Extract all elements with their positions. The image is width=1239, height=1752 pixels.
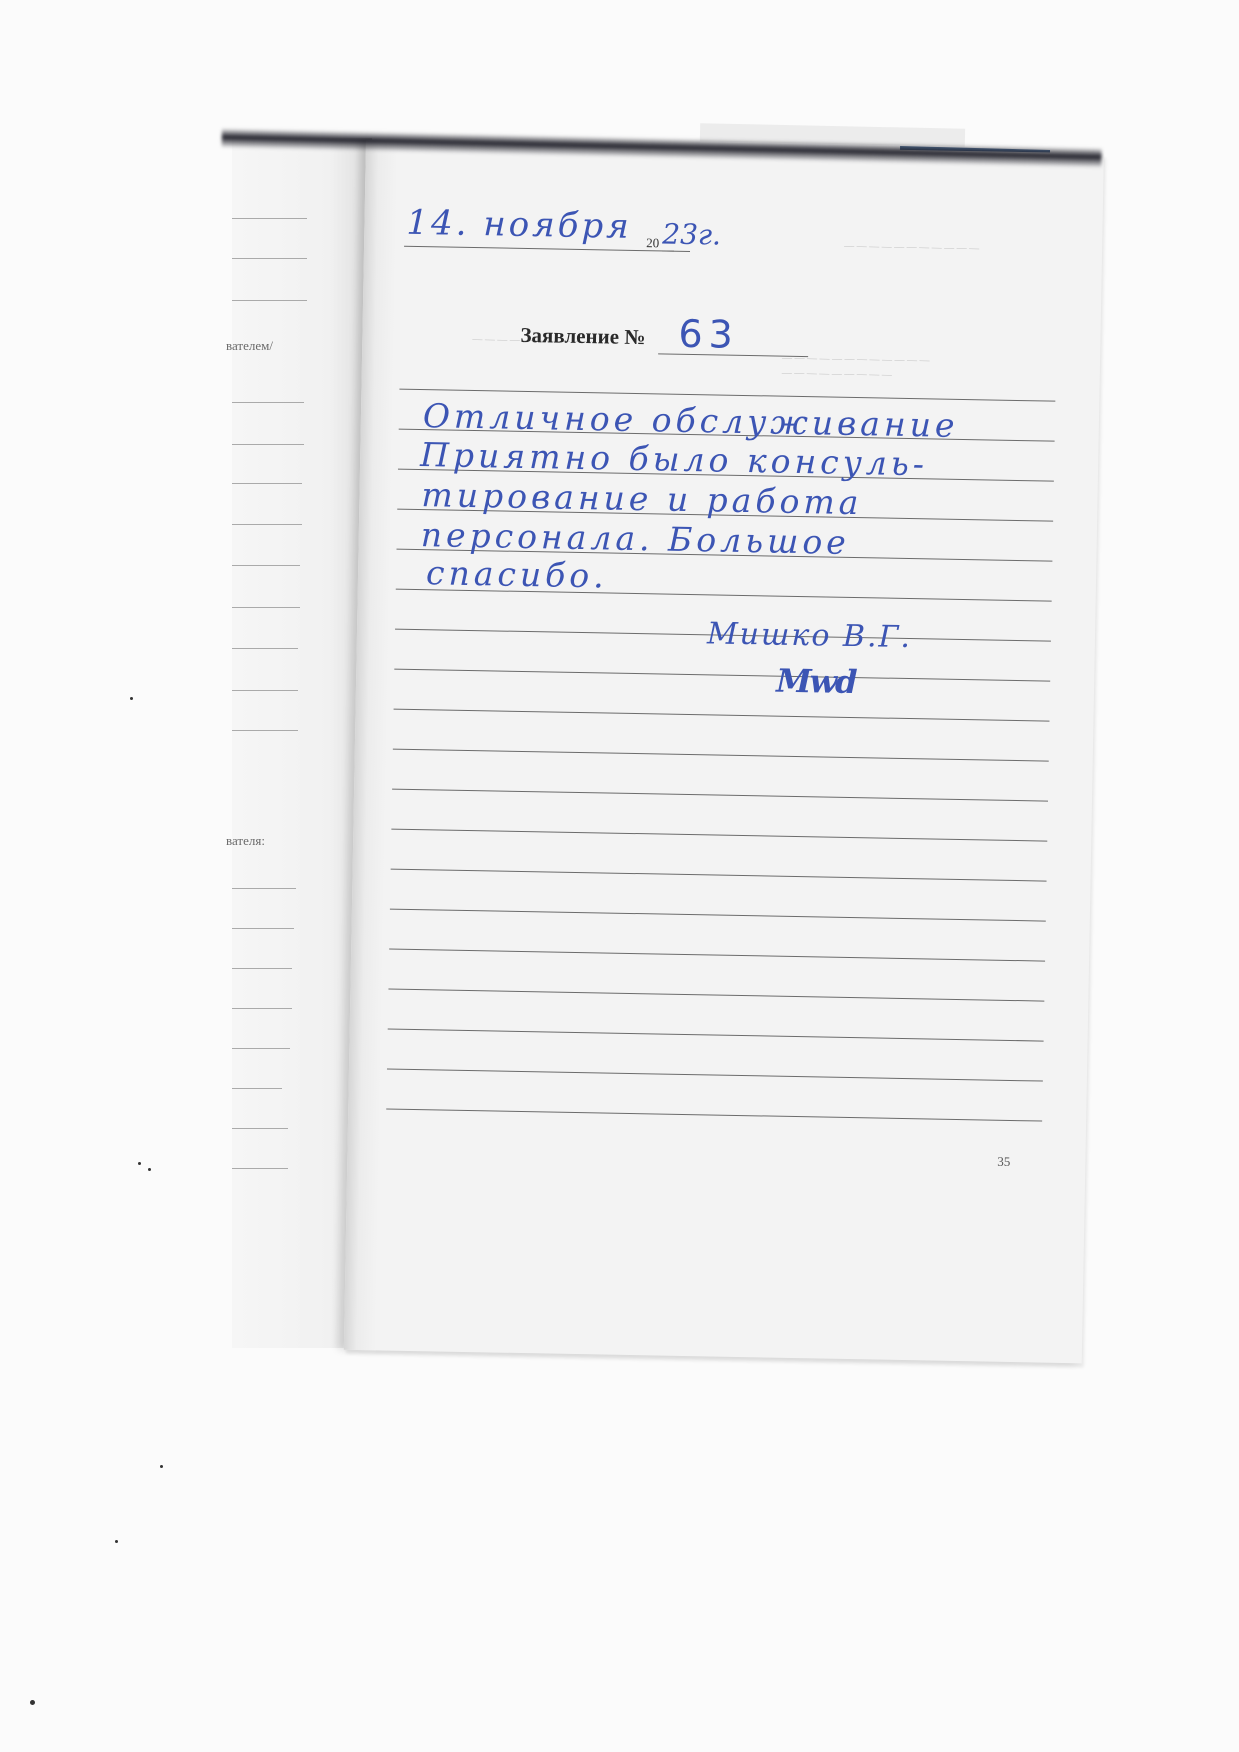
left-rule xyxy=(232,1008,292,1009)
ruled-line xyxy=(390,909,1046,922)
ruled-line xyxy=(394,669,1050,682)
signature-name: Мишко В.Г. xyxy=(707,616,913,655)
page-number: 35 xyxy=(997,1154,1010,1170)
scan-speck xyxy=(115,1540,118,1543)
left-rule xyxy=(232,730,298,731)
show-through-text: — — — — — — — — — — — xyxy=(844,241,979,254)
left-rule xyxy=(232,690,298,691)
ruled-line xyxy=(387,1069,1043,1082)
left-rule xyxy=(232,888,296,889)
ruled-line xyxy=(386,1109,1042,1122)
left-rule xyxy=(232,524,302,525)
left-rule xyxy=(232,1048,290,1049)
left-rule xyxy=(232,928,294,929)
signature-scribble: Mwd xyxy=(776,662,856,701)
show-through-text: — — — — — — — — — xyxy=(782,368,892,381)
left-rule xyxy=(232,968,292,969)
left-rule xyxy=(232,1168,288,1169)
left-fragment-1: вателем/ xyxy=(226,338,273,354)
handwritten-line-3: тирование и работа xyxy=(421,475,863,522)
date-year: 23г. xyxy=(662,217,721,251)
ruled-line xyxy=(391,829,1047,842)
left-rule xyxy=(232,483,302,484)
date-underline xyxy=(404,246,674,252)
left-rule xyxy=(232,607,300,608)
ruled-line xyxy=(391,869,1047,882)
left-rule xyxy=(232,1128,288,1129)
left-rule xyxy=(232,218,307,219)
ruled-line xyxy=(392,789,1048,802)
scan-speck xyxy=(30,1700,35,1705)
left-rule xyxy=(232,444,304,445)
ruled-line xyxy=(388,1029,1044,1042)
ruled-line xyxy=(394,709,1050,722)
left-rule xyxy=(232,258,307,259)
application-number: 63 xyxy=(678,312,739,357)
date-day-month: 14. ноября xyxy=(406,203,632,247)
left-rule xyxy=(232,648,298,649)
handwritten-line-5: спасибо. xyxy=(426,553,608,595)
left-rule xyxy=(232,300,307,301)
scan-speck xyxy=(148,1168,151,1171)
ruled-line xyxy=(393,749,1049,762)
ruled-line xyxy=(388,989,1044,1002)
show-through-text: — — — — — — — — — — — — xyxy=(782,353,930,367)
left-rule xyxy=(232,565,300,566)
year-prefix: 20 xyxy=(646,235,659,251)
year-underline xyxy=(662,250,690,252)
scan-speck xyxy=(138,1162,141,1165)
scan-speck xyxy=(160,1465,163,1468)
ruled-line xyxy=(389,949,1045,962)
scan-speck xyxy=(130,697,133,700)
left-rule xyxy=(232,1088,282,1089)
right-page: — — — — — — — — — — — — — — — — — — — — … xyxy=(344,140,1104,1363)
application-title: Заявление № xyxy=(520,323,645,350)
left-fragment-2: вателя: xyxy=(226,833,265,849)
left-rule xyxy=(232,402,304,403)
